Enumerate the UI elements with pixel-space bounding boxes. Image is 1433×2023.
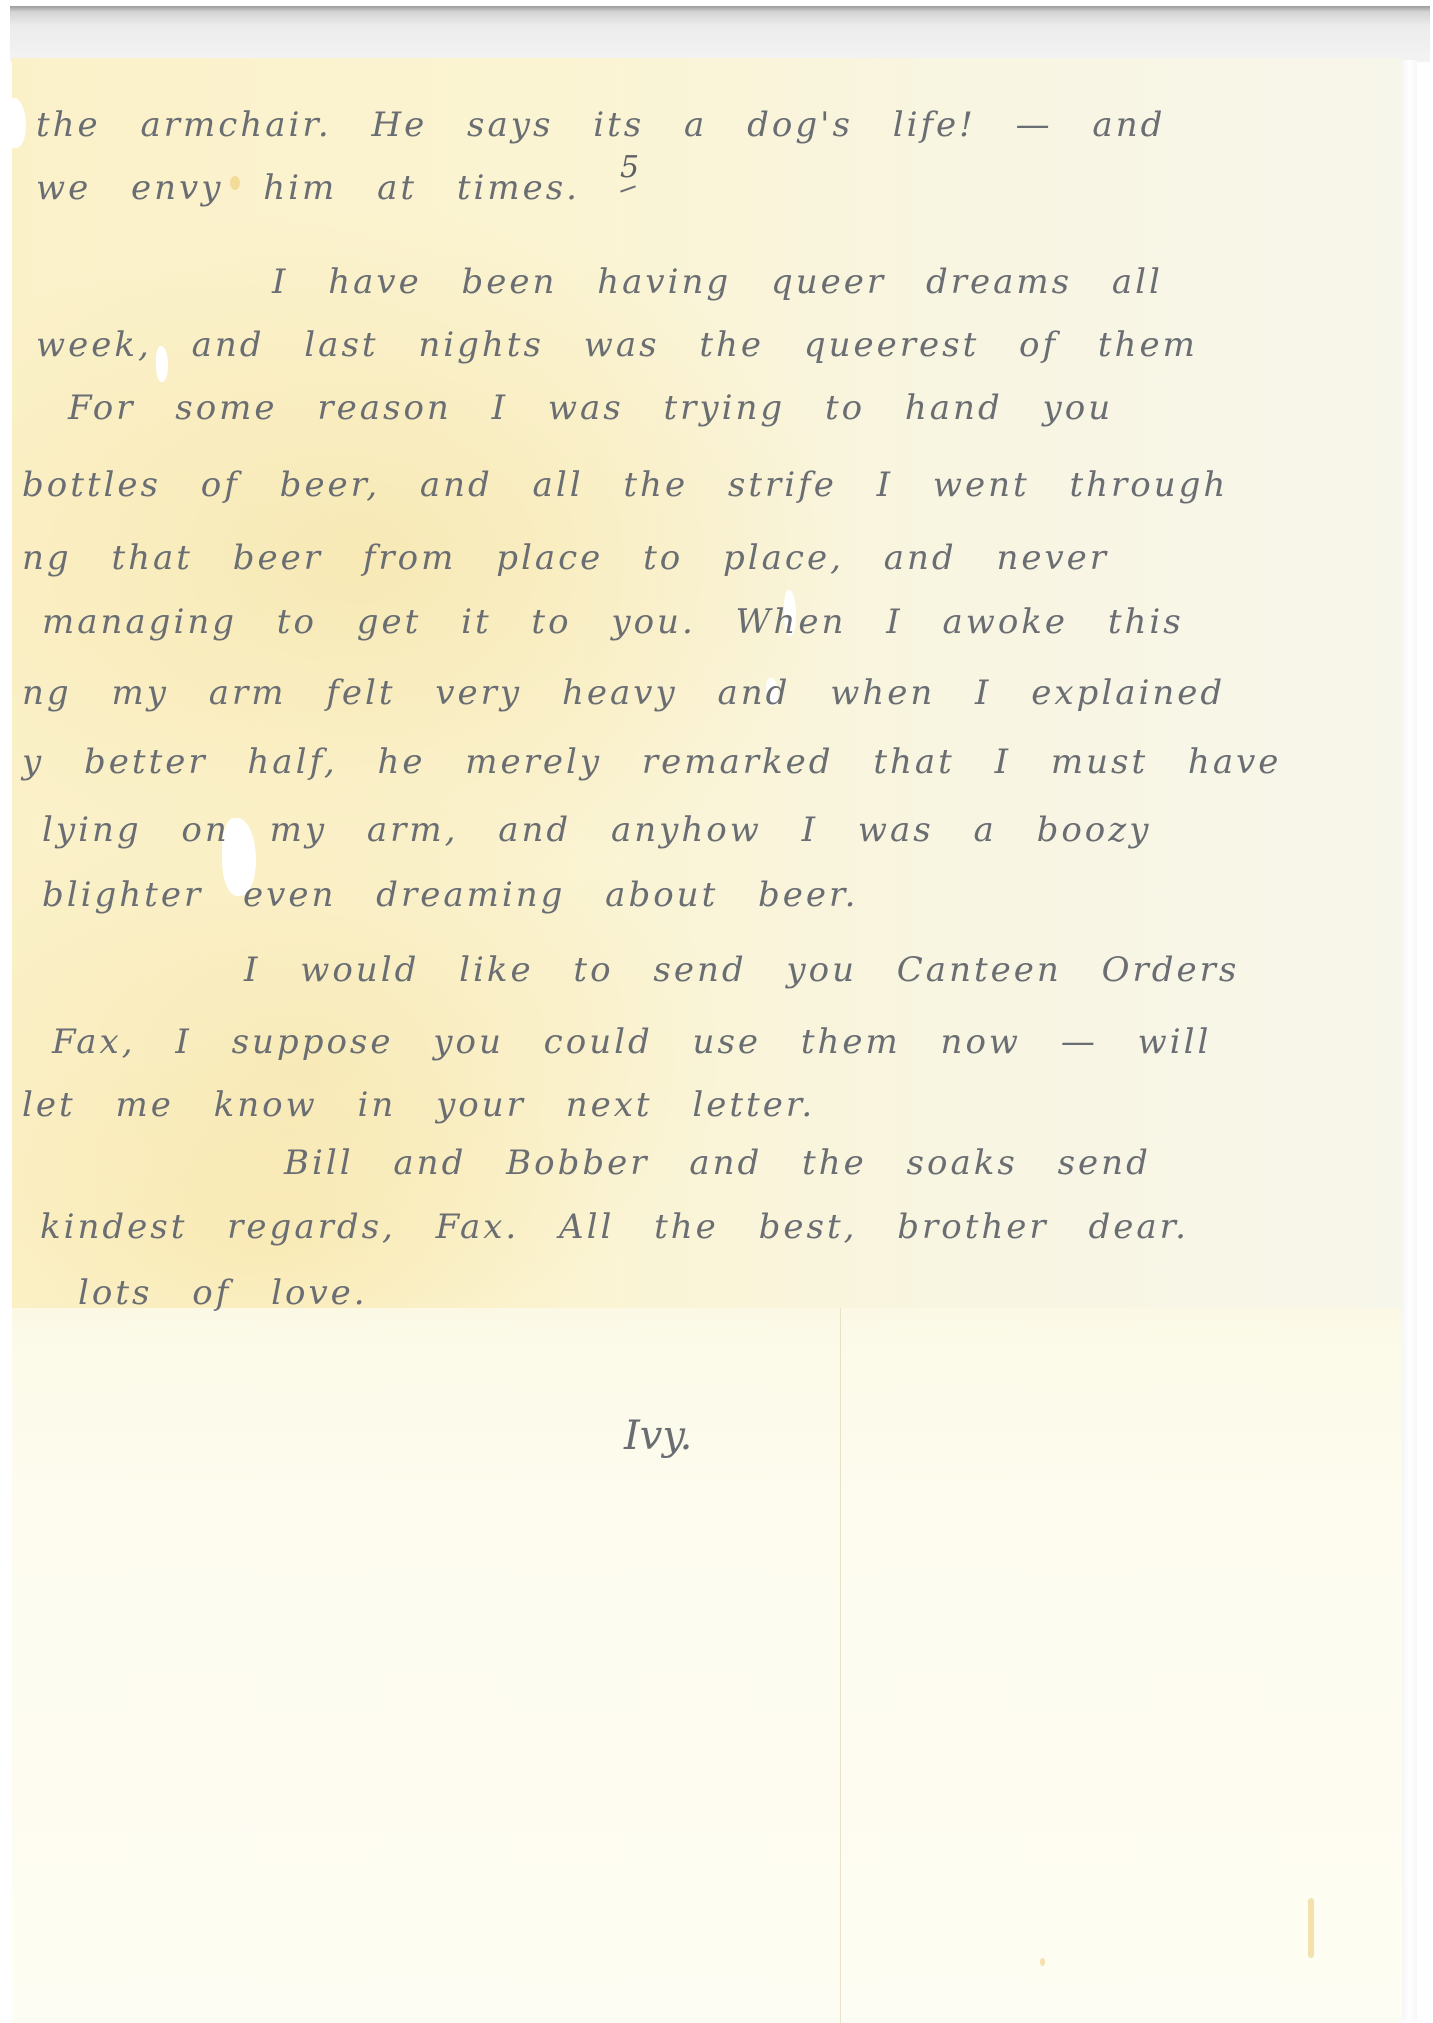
letter-line: week, and last nights was the queerest o… xyxy=(36,325,1198,365)
letter-line: managing to get it to you. When I awoke … xyxy=(42,602,1184,642)
letter-line: bottles of beer, and all the strife I we… xyxy=(22,465,1228,505)
letter-line: I would like to send you Canteen Orders xyxy=(244,950,1239,990)
letter-line: y better half, he merely remarked that I… xyxy=(22,742,1281,782)
letter-line: Bill and Bobber and the soaks send xyxy=(284,1143,1151,1183)
letter-line: lots of love. xyxy=(78,1273,368,1313)
letter-line: I have been having queer dreams all xyxy=(272,262,1163,302)
letter-line: ng that beer from place to place, and ne… xyxy=(22,538,1109,578)
letter-line: ng my arm felt very heavy and when I exp… xyxy=(22,673,1225,713)
letter-line: lying on my arm, and anyhow I was a booz… xyxy=(42,810,1151,850)
scan-backing-top xyxy=(10,6,1430,62)
letter-line: let me know in your next letter. xyxy=(22,1085,815,1125)
signature: Ivy. xyxy=(624,1413,692,1459)
letter-line: Fax, I suppose you could use them now — … xyxy=(52,1022,1211,1062)
letter-line: the armchair. He says its a dog's life! … xyxy=(36,105,1165,145)
letter-line: blighter even dreaming about beer. xyxy=(42,875,858,915)
letter-page: 5 the armchair. He says its a dog's life… xyxy=(12,58,1402,2023)
letter-body: the armchair. He says its a dog's life! … xyxy=(12,58,1402,2023)
letter-line: we envy him at times. xyxy=(36,168,580,208)
letter-line: kindest regards, Fax. All the best, brot… xyxy=(40,1207,1189,1247)
letter-line: For some reason I was trying to hand you xyxy=(68,388,1113,428)
